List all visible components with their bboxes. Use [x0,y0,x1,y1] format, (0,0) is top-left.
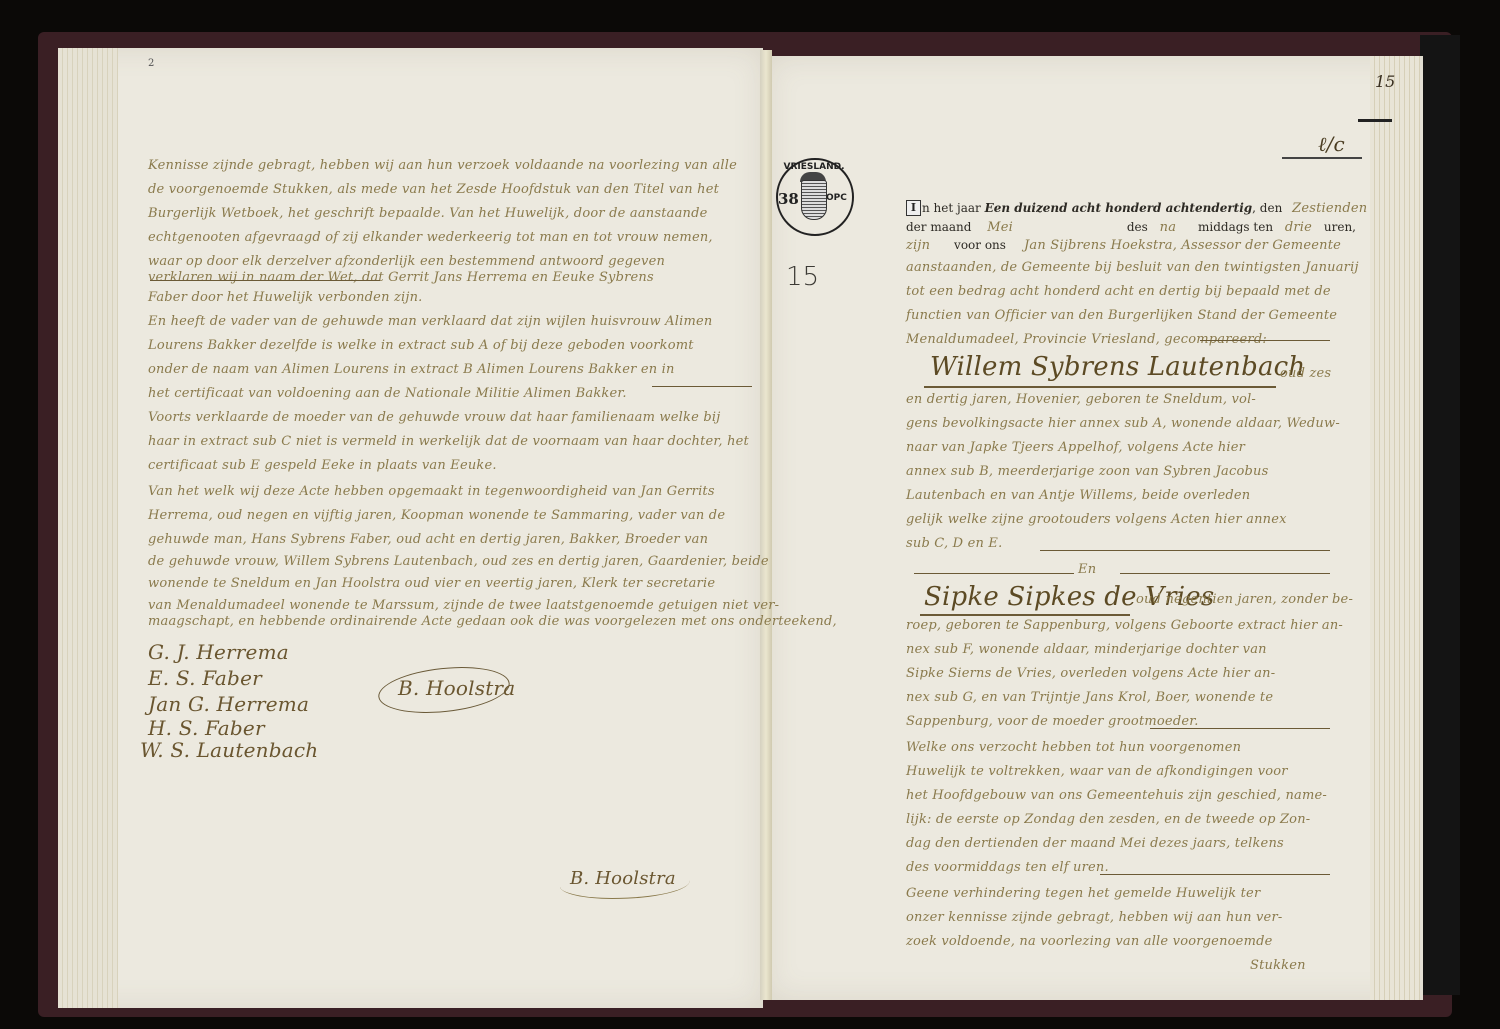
right-line: gelijk welke zijne grootouders volgens A… [906,512,1287,527]
underline [1100,874,1330,875]
right-line: aanstaanden, de Gemeente bij besluit van… [906,260,1359,275]
underline [1150,728,1330,729]
left-line: van Menaldumadeel wonende te Marssum, zi… [148,598,779,613]
stamp-unit: OPC [826,193,847,203]
right-line: nex sub G, en van Trijntje Jans Krol, Bo… [906,690,1273,705]
left-line: de gehuwde vrouw, Willem Sybrens Lautenb… [148,554,769,569]
left-line: Voorts verklaarde de moeder van de gehuw… [148,410,720,425]
left-line: het certificaat van voldoening aan de Na… [148,386,627,401]
corner-mark: 2 [148,58,154,69]
left-line: onder de naam van Alimen Lourens in extr… [148,362,675,377]
left-line: Kennisse zijnde gebragt, hebben wij aan … [148,158,737,173]
right-line: Sipke Sierns de Vries, overleden volgens… [906,666,1275,681]
handwritten-day: Zestienden [1292,201,1367,216]
right-line: naar van Japke Tjeers Appelhof, volgens … [906,440,1245,455]
right-line: annex sub B, meerderjarige zoon van Sybr… [906,464,1268,479]
printed-text: middags ten [1198,220,1273,234]
left-line: En heeft de vader van de gehuwde man ver… [148,314,712,329]
right-line: onzer kennisse zijnde gebragt, hebben wi… [906,910,1282,925]
right-line: des voormiddags ten elf uren. [906,860,1109,875]
page-number: 15 [1375,72,1395,91]
handwritten-text: zijn [906,238,930,253]
page-mark-dash [1358,119,1392,122]
right-line: roep, geboren te Sappenburg, volgens Geb… [906,618,1343,633]
left-page-stack [58,48,118,1008]
left-line: verklaren wij in naam der Wet, dat Gerri… [148,270,654,285]
left-line: Herrema, oud negen en vijftig jaren, Koo… [148,508,725,523]
right-line: lijk: de eerste op Zondag den zesden, en… [906,812,1310,827]
right-line: Jan Sijbrens Hoekstra, Assessor der Geme… [1024,238,1341,253]
signature: G. J. Herrema [148,640,289,664]
margin-annotation: 15 [786,262,819,292]
signature: W. S. Lautenbach [140,738,318,762]
right-line: oud zes [1280,366,1331,381]
underline [652,386,752,387]
official-signature: B. Hoolstra [398,676,515,700]
printed-intro-line1: n het jaar Een duizend acht honderd acht… [922,201,1367,216]
printed-text: n het jaar [922,201,981,215]
left-line: haar in extract sub C niet is vermeld in… [148,434,749,449]
left-line: Burgerlijk Wetboek, het geschrift bepaal… [148,206,708,221]
bride-name-underline [920,614,1130,616]
coat-of-arms-icon [801,180,827,220]
top-right-mark: ℓ/c [1318,132,1345,157]
left-line: gehuwde man, Hans Sybrens Faber, oud ach… [148,532,708,547]
right-line: zoek voldoende, na voorlezing van alle v… [906,934,1273,949]
right-line: sub C, D en E. [906,536,1002,551]
handwritten-part: na [1160,220,1177,235]
initial-letter: I [906,200,921,216]
printed-text: der maand [906,220,971,234]
right-line: dag den dertienden der maand Mei dezes j… [906,836,1284,851]
printed-text: des [1127,220,1148,234]
handwritten-hour: drie [1285,220,1312,235]
groom-name: Willem Sybrens Lautenbach [930,352,1305,382]
book-gutter [760,50,772,1000]
left-line: de voorgenoemde Stukken, als mede van he… [148,182,719,197]
left-line: Lourens Bakker dezelfde is welke in extr… [148,338,694,353]
groom-name-underline [924,386,1276,388]
handwritten-month: Mei [987,220,1013,235]
right-line: Huwelijk te voltrekken, waar van de afko… [906,764,1288,779]
strike-line [1282,157,1362,159]
printed-intro-line3: zijn voor ons [906,238,1006,253]
right-line: Stukken [1250,958,1306,973]
signature: E. S. Faber [148,666,262,690]
left-line: waar op door elk derzelver afzonderlijk … [148,254,665,269]
right-line: nex sub F, wonende aldaar, minderjarige … [906,642,1267,657]
signature: H. S. Faber [148,716,265,740]
left-line: Faber door het Huwelijk verbonden zijn. [148,290,423,305]
stamp-province: VRIESLAND. [782,162,846,172]
stamp-value: 38 [778,190,799,208]
divider-line [914,573,1074,574]
left-line: maagschapt, en hebbende ordinairende Act… [148,614,837,629]
left-line: certificaat sub E gespeld Eeke in plaats… [148,458,497,473]
book-cover-edge [1420,35,1460,995]
right-line: Lautenbach en van Antje Willems, beide o… [906,488,1250,503]
underline [1200,340,1330,341]
signature: Jan G. Herrema [148,692,309,716]
right-line: oud negentien jaren, zonder be- [1136,592,1353,607]
left-line: echtgenooten afgevraagd of zij elkander … [148,230,713,245]
printed-text: , den [1252,201,1282,215]
bottom-signature: B. Hoolstra [570,868,676,889]
right-page-stack [1370,56,1420,1000]
en-connector: En [1078,562,1096,577]
left-line: Van het welk wij deze Acte hebben opgema… [148,484,715,499]
left-line: wonende te Sneldum en Jan Hoolstra oud v… [148,576,715,591]
right-line: gens bevolkingsacte hier annex sub A, wo… [906,416,1340,431]
right-line: en dertig jaren, Hovenier, geboren te Sn… [906,392,1256,407]
right-line: Geene verhindering tegen het gemelde Huw… [906,886,1260,901]
divider-line [1120,573,1330,574]
right-line: tot een bedrag acht honderd acht en dert… [906,284,1331,299]
printed-year: Een duizend acht honderd achtendertig [985,201,1253,215]
printed-text: voor ons [954,238,1006,252]
right-line: Welke ons verzocht hebben tot hun voorge… [906,740,1241,755]
right-line: Sappenburg, voor de moeder grootmoeder. [906,714,1199,729]
underline [1040,550,1330,551]
underline [150,280,380,281]
right-page [768,56,1423,1000]
printed-intro-line2: der maand Mei des na middags ten drie ur… [906,220,1356,235]
printed-text: uren, [1324,220,1356,234]
right-line: functien van Officier van den Burgerlijk… [906,308,1337,323]
right-line: het Hoofdgebouw van ons Gemeentehuis zij… [906,788,1327,803]
